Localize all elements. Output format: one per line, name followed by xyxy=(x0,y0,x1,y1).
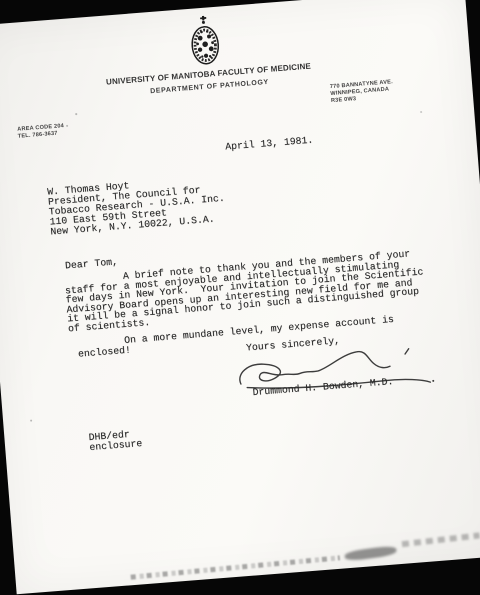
recipient-address-block: W. Thomas Hoyt President, The Council fo… xyxy=(47,174,227,238)
letter-page: UNIVERSITY OF MANITOBA FACULTY OF MEDICI… xyxy=(0,0,480,594)
scan-smudge xyxy=(402,532,480,547)
letter-date: April 13, 1981. xyxy=(225,136,314,152)
salutation: Dear Tom, xyxy=(65,257,119,271)
scan-speck xyxy=(66,125,68,127)
letterhead-address-block: 770 BANNATYNE AVE. WINNIPEG, CANADA R3E … xyxy=(330,79,395,106)
scan-smudge xyxy=(344,545,397,562)
university-seal-icon xyxy=(184,14,226,69)
scan-speck xyxy=(30,420,32,422)
scan-speck xyxy=(75,113,77,115)
enclosure-note: enclosure xyxy=(89,439,143,453)
letterhead-phone-block: AREA CODE 204 TEL. 786-3637 xyxy=(17,123,65,141)
scan-smudge xyxy=(131,555,341,579)
scan-speck xyxy=(420,111,422,113)
scan-background: UNIVERSITY OF MANITOBA FACULTY OF MEDICI… xyxy=(0,0,480,595)
